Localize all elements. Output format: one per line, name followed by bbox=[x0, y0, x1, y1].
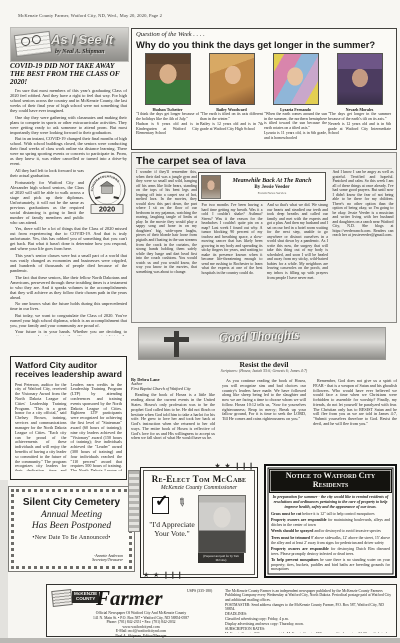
carpet-article-box: The carpet sea of lava I wonder if they'… bbox=[131, 152, 397, 323]
sermon-column: Remember, God does not give us a spirit … bbox=[313, 377, 397, 464]
qow-response: Lyzaria Fernando "When the earth comes a… bbox=[264, 53, 327, 140]
notice-item: Property owners are responsible for dest… bbox=[271, 547, 390, 556]
cemetery-ad: Silent City Cemetery Annual Meeting Has … bbox=[8, 486, 135, 572]
cemetery-ad-line: Has Been Postponed bbox=[14, 521, 129, 531]
auditor-headline: Watford City auditor receives leadership… bbox=[15, 361, 122, 380]
respondent-photo bbox=[209, 53, 255, 105]
scan-edge bbox=[0, 638, 400, 643]
mccabe-ad-quote: "I'd Appreciate Your Vote." bbox=[146, 520, 198, 539]
notice-item: Grass must be cut before it is 12" tall … bbox=[271, 512, 390, 517]
carpet-column: I wonder if they'll remember this, when … bbox=[136, 170, 197, 318]
ranch-byline-box: Meanwhile Back At The Ranch By Jessie Ve… bbox=[198, 172, 326, 201]
editorial-paragraph: No one knows what the future holds durin… bbox=[10, 301, 127, 311]
notice-item: Trees must be trimmed 8' above sidewalks… bbox=[271, 536, 390, 545]
masthead-imprint: Official Newspaper Of Watford City And M… bbox=[61, 611, 221, 638]
auditor-award-article: Watford City auditor receives leadership… bbox=[10, 356, 127, 480]
ballot-checkbox-icon: ✓ ✎ bbox=[152, 497, 169, 514]
qow-response: Nevaeh Morales "The days get longer in t… bbox=[328, 53, 391, 140]
respondent-photo bbox=[273, 53, 319, 105]
ranch-column-credit: Forum News Service bbox=[221, 191, 323, 195]
flag-banner-decoration bbox=[128, 470, 140, 532]
auditor-column: Leaders earn credits in the Leadership T… bbox=[71, 383, 123, 471]
editorial-paragraph: One day they were gathering with classma… bbox=[10, 115, 127, 135]
auditor-body: Peni Peterson, auditor for the city of W… bbox=[15, 383, 122, 471]
tom-mccabe-photo bbox=[198, 495, 246, 553]
pencil-icon: ✎ bbox=[174, 495, 189, 511]
mccabe-ad-title: Re-Elect Tom McCabe bbox=[146, 474, 252, 484]
sermon-column: As you continue reading the book of Hose… bbox=[222, 377, 306, 464]
column-title: As I See It bbox=[51, 32, 113, 47]
editorial-paragraph: But in an instant, COVID-19 changed thei… bbox=[10, 136, 127, 166]
running-header: McKenzie County Farmer, Watford City, ND… bbox=[18, 13, 278, 18]
masthead-name: Farmer bbox=[96, 586, 163, 611]
editorial-paragraph: Your future is in your hands. Whether yo… bbox=[10, 329, 127, 336]
sermon-column: By Debra Lane Author First Baptist Churc… bbox=[131, 377, 215, 464]
masthead-box: McKENZIE COUNTY Farmer USPS (335-180) Of… bbox=[46, 584, 397, 637]
scan-margin bbox=[0, 480, 8, 638]
qow-headline: Why do you think the days get longer in … bbox=[136, 39, 392, 50]
ranch-column-title: Meanwhile Back At The Ranch bbox=[221, 178, 323, 184]
notice-item: Weeds should be sprayed and/or destroyed… bbox=[271, 529, 390, 534]
column-byline: by Neal A. Shipman bbox=[55, 49, 104, 55]
good-thoughts-title: Good Thoughts bbox=[219, 329, 300, 345]
cemetery-ad-signature: -Annette Anderson Secretary/Treasurer bbox=[92, 554, 123, 563]
editorial-paragraph: I'm sure that most members of this year'… bbox=[10, 88, 127, 113]
qow-response: Hudson Tschetter "I think the days get l… bbox=[136, 53, 199, 140]
cemetery-ad-line: Annual Meeting bbox=[14, 510, 129, 520]
sermon-author-church: First Baptist Church of Watford City bbox=[131, 387, 215, 392]
editorial-headline: COVID-19 DID NOT TAKE AWAY THE BEST FROM… bbox=[10, 63, 127, 87]
cemetery-ad-line: •New Date To Be Announced• bbox=[14, 535, 129, 541]
notice-item: Property owners are responsible for main… bbox=[271, 518, 390, 527]
editorial-paragraph: The fact that these seniors, like their … bbox=[10, 275, 127, 300]
notice-item: To help prevent mosquitoes be sure there… bbox=[271, 558, 390, 572]
qow-kicker: Question of the Week . . . . bbox=[136, 31, 392, 38]
cross-icon bbox=[161, 331, 191, 357]
sermon-body: By Debra Lane Author First Baptist Churc… bbox=[131, 377, 397, 464]
mccabe-ad-disclaimer: (Prepared and paid for by Tom McCabe) bbox=[198, 553, 244, 563]
star-decoration: ★ ★ ❙❙❙ bbox=[214, 462, 255, 470]
sermon-scripture-line: Scriptures: (Hosea; Isaiah 55:6; Genesis… bbox=[131, 369, 397, 373]
newspaper-page: McKenzie County Farmer, Watford City, ND… bbox=[0, 0, 400, 643]
qow-responses: Hudson Tschetter "I think the days get l… bbox=[136, 53, 392, 140]
jessie-veeder-headshot bbox=[201, 175, 221, 199]
editorial-paragraph: Yes, there will be a lot of things that … bbox=[10, 226, 127, 251]
congratulations-2020-badge: CONGRATULATIONS 2020 bbox=[87, 170, 127, 218]
ranch-column-byline: By Jessie Veeder bbox=[221, 185, 323, 190]
editorial-body: I'm sure that most members of this year'… bbox=[10, 88, 127, 336]
respondent-photo bbox=[145, 53, 191, 105]
mccabe-election-ad: ★ ★ ❙❙❙ Re-Elect Tom McCabe McKenzie Cou… bbox=[140, 467, 258, 578]
carpet-headline: The carpet sea of lava bbox=[136, 155, 392, 169]
respondent-photo bbox=[337, 53, 383, 105]
carpet-column: And I know I can be angry as well as gra… bbox=[333, 170, 394, 318]
cemetery-ad-title: Silent City Cemetery bbox=[14, 497, 129, 508]
notice-intro: In preparation for summer - the city wou… bbox=[271, 495, 390, 509]
sermon-headline: Resist the devil bbox=[131, 360, 397, 369]
as-i-see-it-banner: As I See It by Neal A. Shipman bbox=[10, 27, 129, 62]
usps-number: USPS (335-180) bbox=[187, 589, 212, 593]
auditor-column: Peni Peterson, auditor for the city of W… bbox=[15, 383, 67, 471]
notice-items: Grass must be cut before it is 12" tall … bbox=[271, 512, 390, 574]
star-decoration: ★ ★ ❙❙❙ bbox=[143, 571, 184, 579]
newspaper-icon bbox=[51, 589, 73, 607]
qow-response: Bailey Woodward "The earth is tilted on … bbox=[200, 53, 263, 140]
good-thoughts-banner: Good Thoughts bbox=[138, 327, 386, 360]
editorial-paragraph: But today, we want to congratulate the C… bbox=[10, 313, 127, 328]
masthead-legal: The McKenzie County Farmer is an indepen… bbox=[225, 589, 392, 633]
question-of-week-box: Question of the Week . . . . Why do you … bbox=[131, 28, 397, 150]
city-notice-ad: Notice to Watford City Residents In prep… bbox=[264, 464, 397, 578]
notice-title: Notice to Watford City Residents bbox=[269, 469, 392, 493]
badge-year: 2020 bbox=[99, 205, 115, 214]
editorial-paragraph: This year's senior classes were but a sm… bbox=[10, 253, 127, 273]
